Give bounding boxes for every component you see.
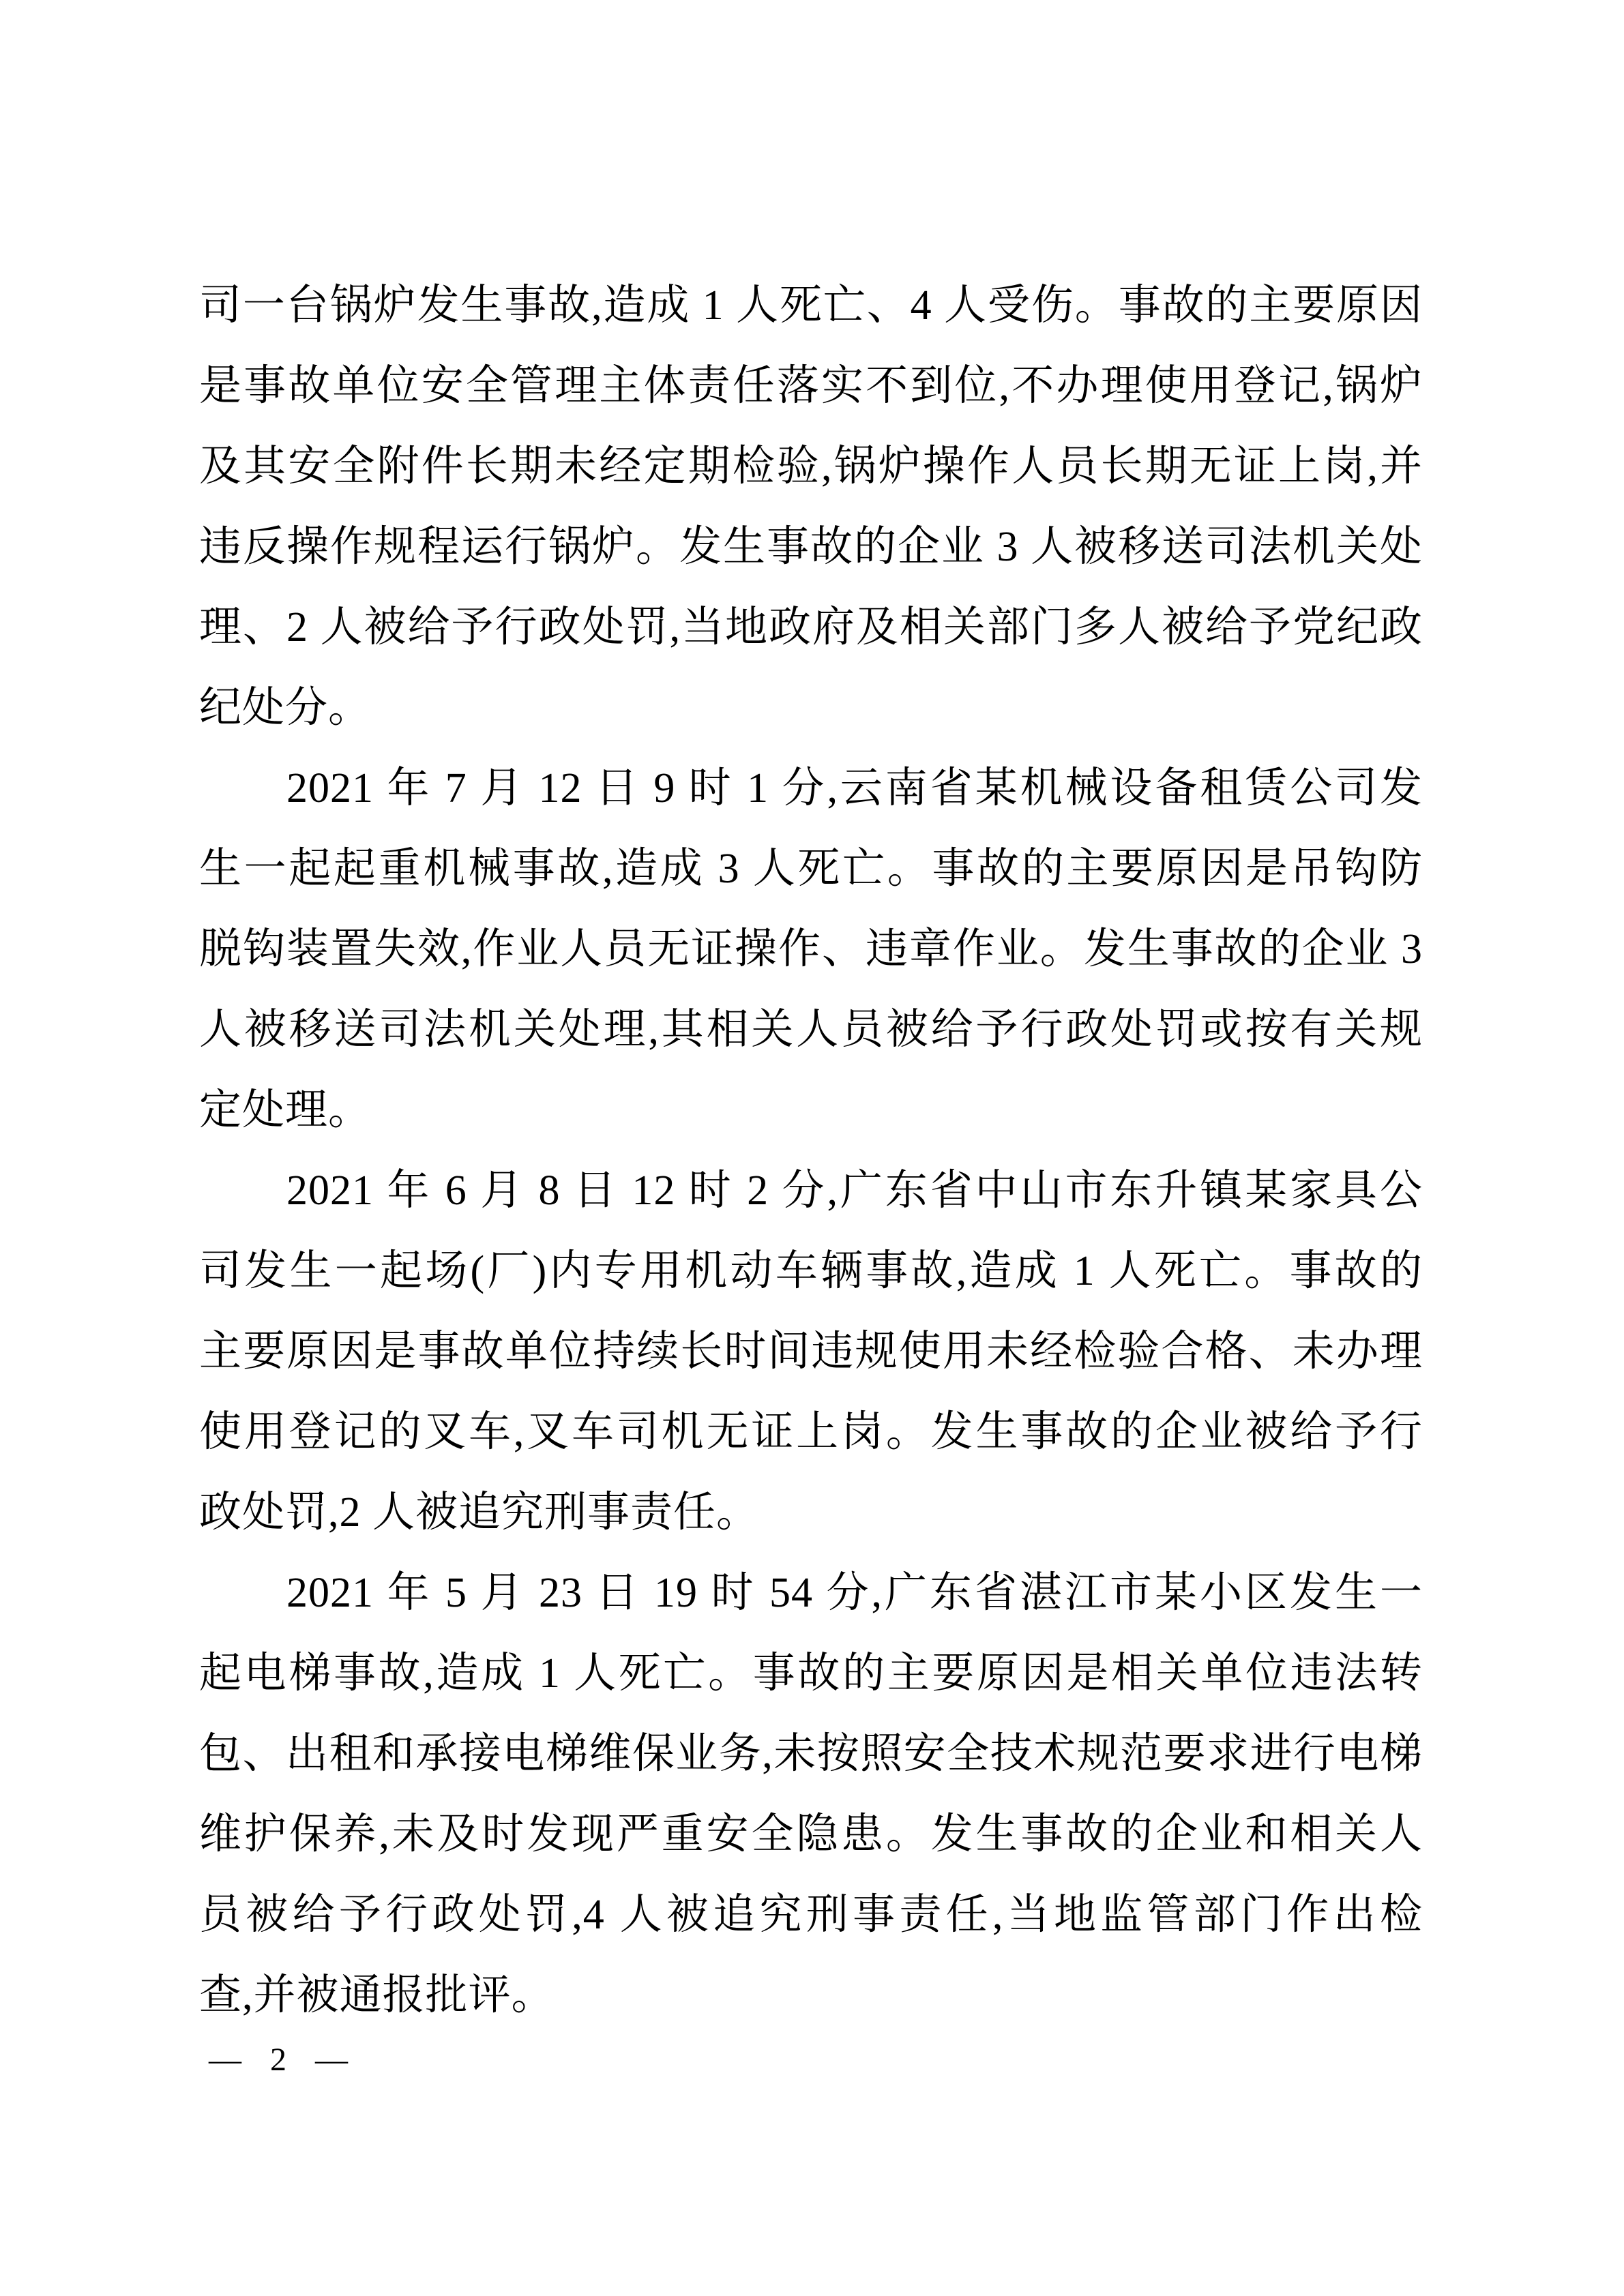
text-line: 员被给予行政处罚,4 人被追究刑事责任,当地监管部门作出检 (199, 1875, 1423, 1955)
text-line: 起电梯事故,造成 1 人死亡。事故的主要原因是相关单位违法转 (199, 1633, 1423, 1714)
text-line: 理、2 人被给予行政处罚,当地政府及相关部门多人被给予党纪政 (199, 587, 1423, 668)
paragraph: 2021 年 5 月 23 日 19 时 54 分,广东省湛江市某小区发生一 起… (199, 1553, 1423, 2036)
paragraph: 2021 年 7 月 12 日 9 时 1 分,云南省某机械设备租赁公司发 生一… (199, 748, 1423, 1150)
text-line: 包、出租和承接电梯维保业务,未按照安全技术规范要求进行电梯 (199, 1714, 1423, 1794)
text-line: 政处罚,2 人被追究刑事责任。 (199, 1472, 1423, 1553)
text-line: 2021 年 6 月 8 日 12 时 2 分,广东省中山市东升镇某家具公 (199, 1150, 1423, 1231)
text-line: 生一起起重机械事故,造成 3 人死亡。事故的主要原因是吊钩防 (199, 829, 1423, 909)
text-line: 2021 年 5 月 23 日 19 时 54 分,广东省湛江市某小区发生一 (199, 1553, 1423, 1633)
paragraph: 2021 年 6 月 8 日 12 时 2 分,广东省中山市东升镇某家具公 司发… (199, 1150, 1423, 1553)
text-line: 定处理。 (199, 1070, 1423, 1150)
page-number: — 2 — (209, 2036, 349, 2084)
text-line: 司一台锅炉发生事故,造成 1 人死亡、4 人受伤。事故的主要原因 (199, 265, 1423, 346)
text-line: 维护保养,未及时发现严重安全隐患。发生事故的企业和相关人 (199, 1794, 1423, 1875)
text-line: 是事故单位安全管理主体责任落实不到位,不办理使用登记,锅炉 (199, 346, 1423, 426)
body-text: 司一台锅炉发生事故,造成 1 人死亡、4 人受伤。事故的主要原因 是事故单位安全… (199, 265, 1423, 2036)
text-line: 脱钩装置失效,作业人员无证操作、违章作业。发生事故的企业 3 (199, 909, 1423, 989)
text-line: 人被移送司法机关处理,其相关人员被给予行政处罚或按有关规 (199, 989, 1423, 1070)
text-line: 违反操作规程运行锅炉。发生事故的企业 3 人被移送司法机关处 (199, 507, 1423, 587)
paragraph: 司一台锅炉发生事故,造成 1 人死亡、4 人受伤。事故的主要原因 是事故单位安全… (199, 265, 1423, 748)
text-line: 司发生一起场(厂)内专用机动车辆事故,造成 1 人死亡。事故的 (199, 1231, 1423, 1311)
text-line: 使用登记的叉车,叉车司机无证上岗。发生事故的企业被给予行 (199, 1392, 1423, 1472)
text-line: 纪处分。 (199, 668, 1423, 748)
text-line: 主要原因是事故单位持续长时间违规使用未经检验合格、未办理 (199, 1311, 1423, 1392)
text-line: 及其安全附件长期未经定期检验,锅炉操作人员长期无证上岗,并 (199, 426, 1423, 507)
document-page: 司一台锅炉发生事故,造成 1 人死亡、4 人受伤。事故的主要原因 是事故单位安全… (0, 0, 1624, 2296)
text-line: 查,并被通报批评。 (199, 1955, 1423, 2036)
text-line: 2021 年 7 月 12 日 9 时 1 分,云南省某机械设备租赁公司发 (199, 748, 1423, 829)
